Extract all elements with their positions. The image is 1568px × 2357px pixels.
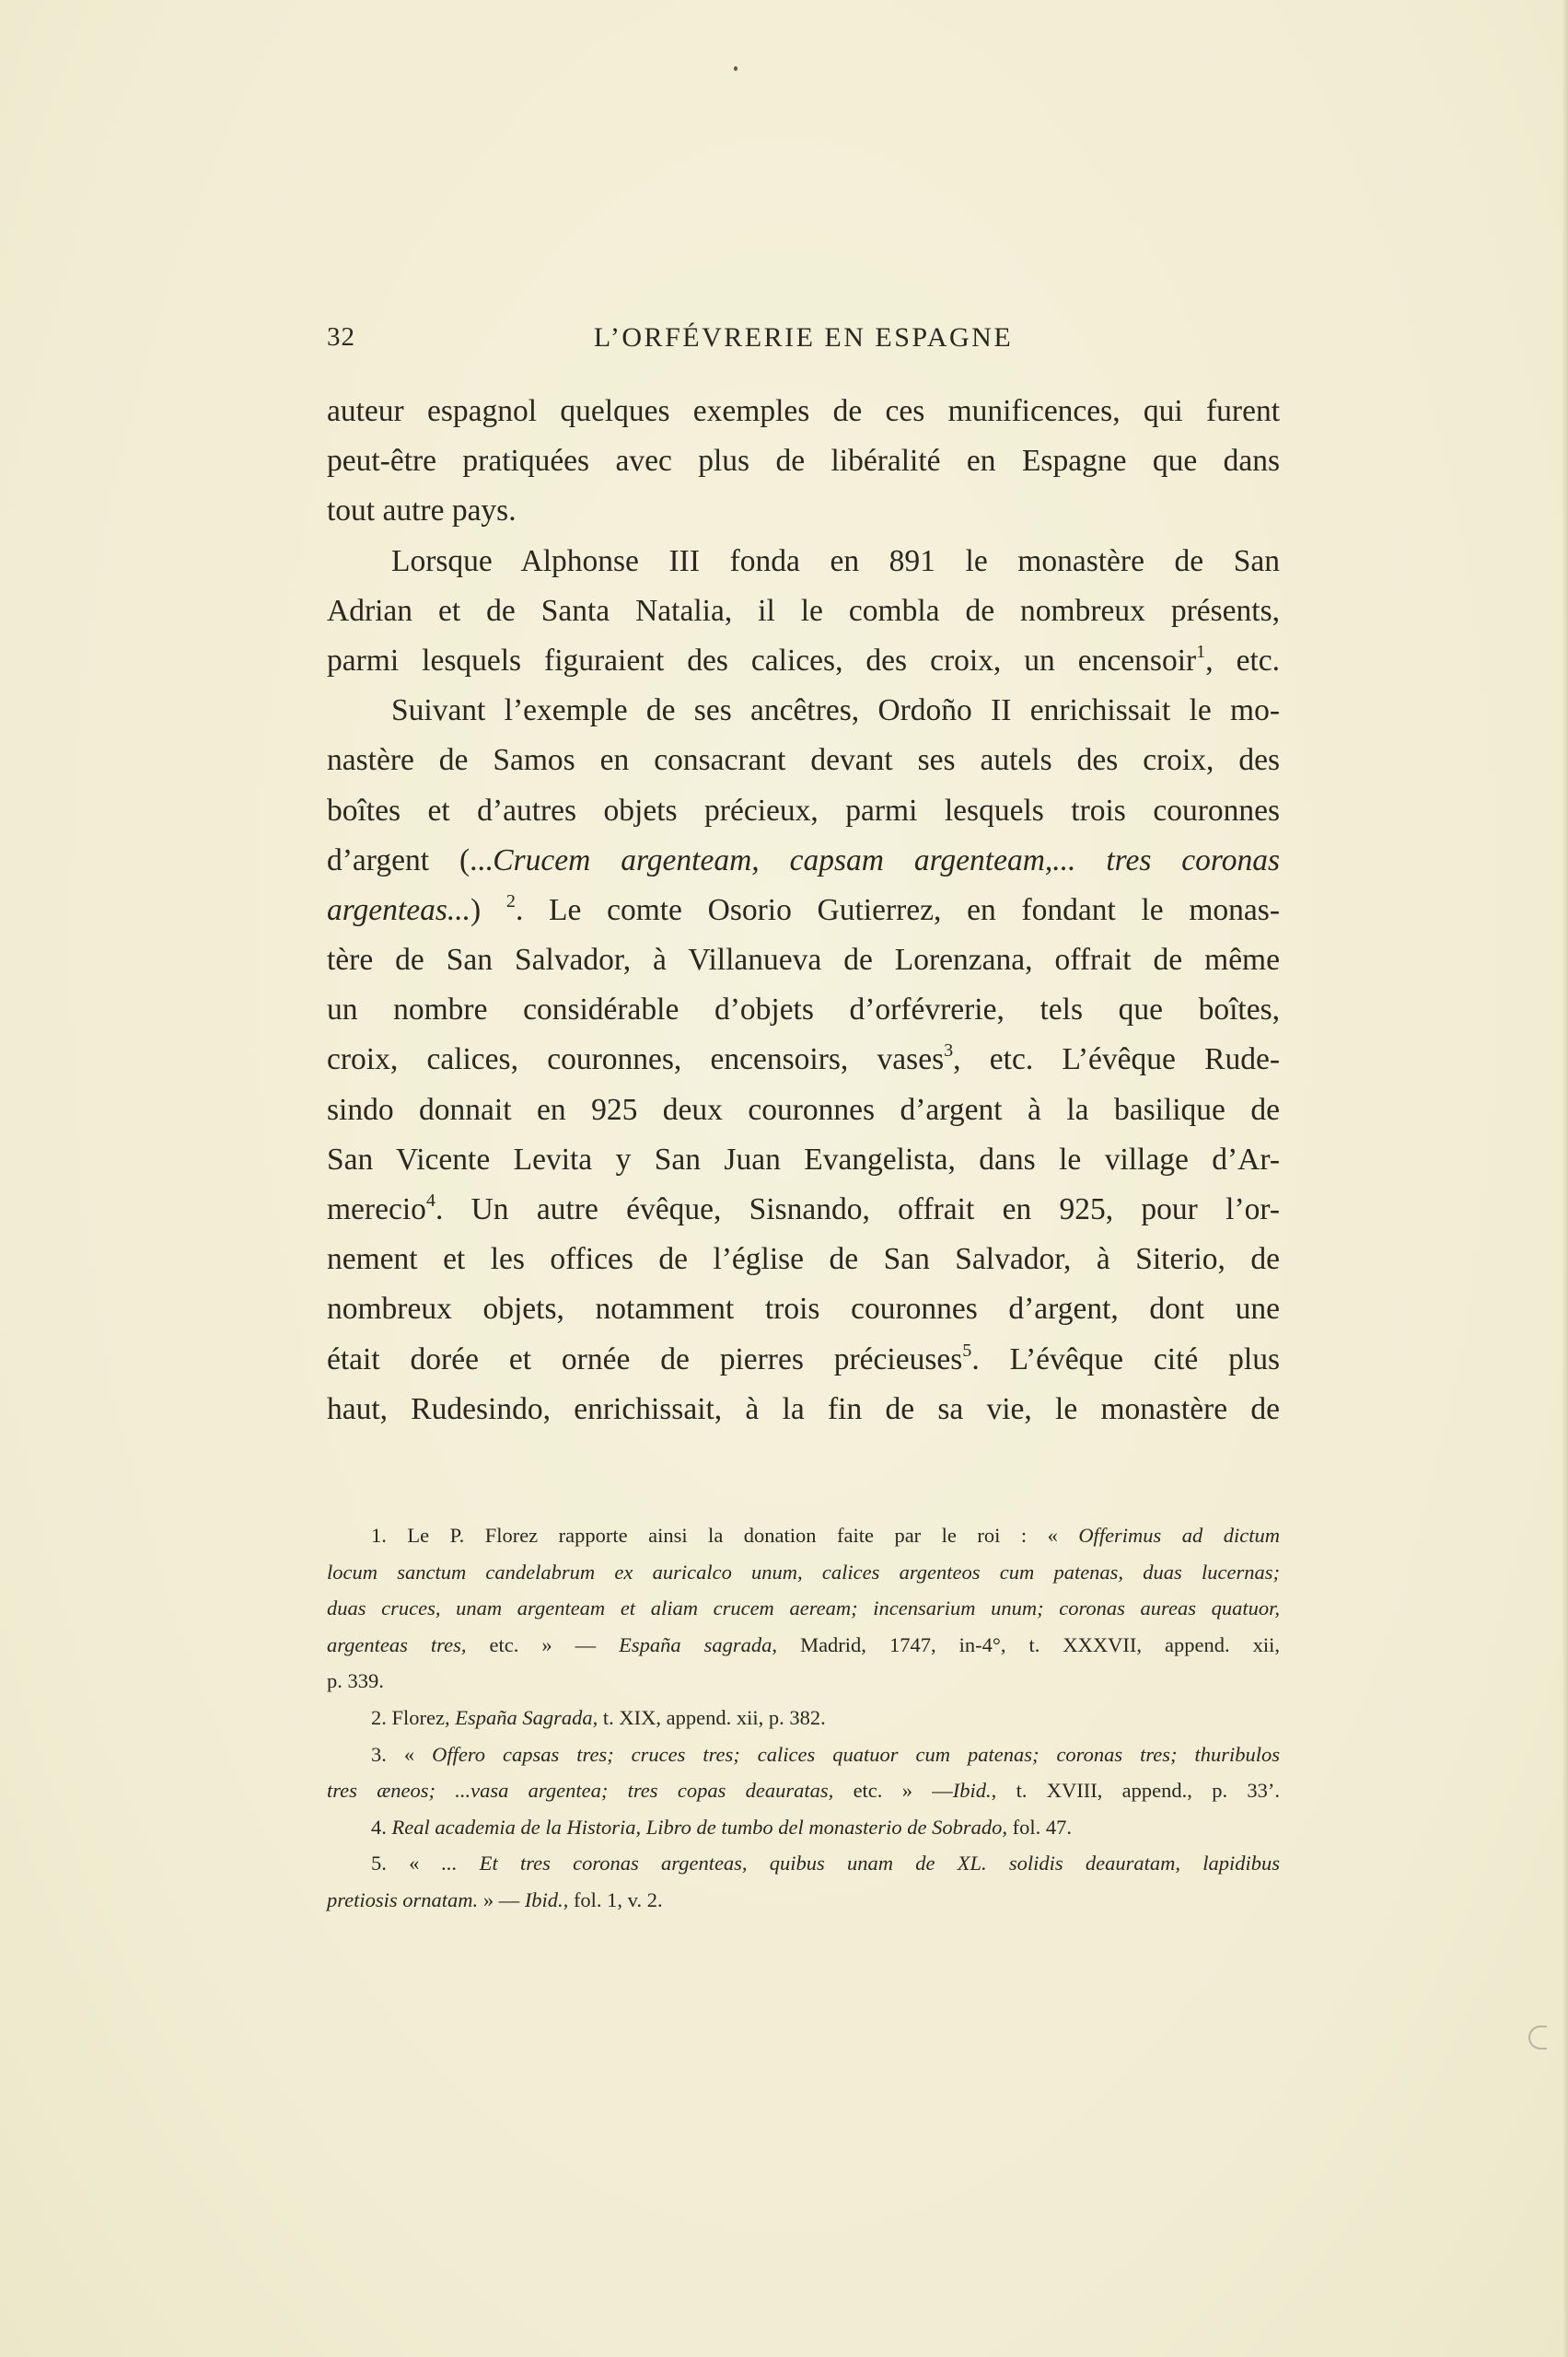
body-text: auteur espagnol quelques exemples de ces… — [327, 387, 1280, 1434]
text-line: sindo donnait en 925 deux couronnes d’ar… — [327, 1086, 1280, 1135]
text-line: nastère de Samos en consacrant devant se… — [327, 736, 1280, 785]
footnote-5-cont: pretiosis ornatam. » — Ibid., fol. 1, v.… — [327, 1882, 1280, 1919]
source-title: Ibid. — [525, 1888, 563, 1911]
footnote-3-cont: tres æneos; ...vasa argentea; tres copas… — [327, 1772, 1280, 1809]
text-line: un nombre considérable d’objets d’orfévr… — [327, 985, 1280, 1035]
footnote-text: etc. » — — [833, 1779, 953, 1802]
text-line: boîtes et d’autres objets précieux, parm… — [327, 786, 1280, 836]
source-title: Real academia de la Historia, Libro de t… — [392, 1816, 1008, 1839]
footnote-2: 2. Florez, España Sagrada, t. XIX, appen… — [327, 1700, 1280, 1736]
text-line: peut-être pratiquées avec plus de libéra… — [327, 436, 1280, 486]
footnote-text: « — [409, 1852, 442, 1875]
text-line: Adrian et de Santa Natalia, il le combla… — [327, 586, 1280, 636]
page-edge — [1562, 0, 1568, 2357]
footnote-number: 5. — [371, 1852, 387, 1875]
source-title: España Sagrada — [455, 1706, 592, 1729]
footnote-text: , Madrid, 1747, in-4°, t. XXXVII, append… — [772, 1633, 1280, 1656]
text-line: auteur espagnol quelques exemples de ces… — [327, 387, 1280, 436]
text-span: croix, calices, couronnes, encensoirs, v… — [327, 1042, 944, 1076]
footnote-text: , t. XIX, append. xii, p. 382. — [593, 1706, 826, 1729]
source-title: Ibid. — [953, 1779, 992, 1802]
footnote-text: Florez, — [392, 1706, 456, 1729]
text-line: nombreux objets, notamment trois couronn… — [327, 1284, 1280, 1334]
text-line: haut, Rudesindo, enrichissait, à la fin … — [327, 1385, 1280, 1434]
footnote-1: 1. Le P. Florez rapporte ainsi la donati… — [327, 1517, 1280, 1554]
footnote-4: 4. Real academia de la Historia, Libro d… — [327, 1809, 1280, 1846]
running-title: L’ORFÉVRERIE EN ESPAGNE — [327, 322, 1280, 354]
text-line: argenteas...) 2. Le comte Osorio Gutierr… — [327, 886, 1280, 935]
text-span: . L’évêque cité plus — [971, 1342, 1280, 1376]
text-line: nement et les offices de l’église de San… — [327, 1235, 1280, 1284]
page-header: 32 L’ORFÉVRERIE EN ESPAGNE — [327, 322, 1280, 359]
footnote-text: fol. 47. — [1007, 1816, 1072, 1839]
text-line: tère de San Salvador, à Villanueva de Lo… — [327, 935, 1280, 985]
footnote-5: 5. « ... Et tres coronas argenteas, quib… — [327, 1845, 1280, 1882]
text-line: croix, calices, couronnes, encensoirs, v… — [327, 1035, 1280, 1085]
pencil-mark — [1528, 2026, 1547, 2049]
footnote-text: , t. XVIII, append., p. 33’. — [992, 1779, 1280, 1802]
text-span: parmi lesquels figuraient des calices, d… — [327, 644, 1196, 678]
latin-quote: Offero capsas tres; cruces tres; calices… — [432, 1743, 1280, 1766]
footnote-ref-4[interactable]: 4 — [426, 1190, 436, 1211]
latin-quote: Crucem argenteam, capsam argenteam,... t… — [493, 843, 1280, 877]
latin-quote: Offerimus ad dictum — [1078, 1524, 1280, 1547]
book-page: 32 L’ORFÉVRERIE EN ESPAGNE auteur espagn… — [0, 0, 1568, 2357]
footnote-1-cont: locum sanctum candelabrum ex auricalco u… — [327, 1554, 1280, 1591]
footnote-number: 4. — [371, 1816, 387, 1839]
text-span: d’argent (... — [327, 843, 493, 877]
text-span: merecio — [327, 1192, 426, 1226]
footnote-text: « — [404, 1743, 432, 1766]
latin-quote: argenteas... — [327, 893, 470, 927]
text-line: San Vicente Levita y San Juan Evangelist… — [327, 1135, 1280, 1185]
footnote-ref-3[interactable]: 3 — [944, 1040, 953, 1061]
text-span: . Un autre évêque, Sisnando, offrait en … — [436, 1192, 1280, 1226]
text-line: merecio4. Un autre évêque, Sisnando, off… — [327, 1185, 1280, 1235]
text-span: était dorée et ornée de pierres précieus… — [327, 1342, 962, 1376]
latin-quote: locum sanctum candelabrum ex auricalco u… — [327, 1561, 1280, 1584]
paragraph-start: Lorsque Alphonse III fonda en 891 le mon… — [327, 537, 1280, 586]
text-line: était dorée et ornée de pierres précieus… — [327, 1335, 1280, 1385]
latin-quote: argenteas tres, — [327, 1633, 466, 1656]
latin-quote: tres æneos; ...vasa argentea; tres copas… — [327, 1779, 833, 1802]
text-line: d’argent (...Crucem argenteam, capsam ar… — [327, 836, 1280, 886]
text-line: tout autre pays. — [327, 486, 1280, 536]
text-span: ) — [470, 893, 506, 927]
footnote-text: , fol. 1, v. 2. — [563, 1888, 663, 1911]
latin-quote: pretiosis ornatam. — [327, 1888, 478, 1911]
text-span: , etc. — [1205, 644, 1280, 678]
text-span: . Le comte Osorio Gutierrez, en fondant … — [516, 893, 1280, 927]
latin-quote: ... Et tres coronas argenteas, quibus un… — [442, 1852, 1280, 1875]
footnote-1-cont: argenteas tres, etc. » — España sagrada,… — [327, 1627, 1280, 1664]
footnote-text: Le P. Florez rapporte ainsi la donation … — [407, 1524, 1078, 1547]
footnote-number: 3. — [371, 1743, 387, 1766]
footnote-ref-5[interactable]: 5 — [962, 1341, 971, 1361]
source-title: España sagrada — [619, 1633, 772, 1656]
ink-speck — [734, 66, 738, 71]
footnote-3: 3. « Offero capsas tres; cruces tres; ca… — [327, 1736, 1280, 1773]
footnote-ref-1[interactable]: 1 — [1196, 642, 1205, 662]
footnote-1-cont: duas cruces, unam argenteam et aliam cru… — [327, 1590, 1280, 1627]
latin-quote: duas cruces, unam argenteam et aliam cru… — [327, 1596, 1280, 1620]
text-span: , etc. L’évêque Rude- — [953, 1042, 1280, 1076]
footnote-text: etc. » — — [466, 1633, 619, 1656]
text-line: parmi lesquels figuraient des calices, d… — [327, 636, 1280, 686]
footnotes: 1. Le P. Florez rapporte ainsi la donati… — [327, 1517, 1280, 1919]
footnote-text: » — — [478, 1888, 525, 1911]
footnote-ref-2[interactable]: 2 — [506, 891, 516, 911]
footnote-number: 1. — [371, 1524, 387, 1547]
footnote-1-cont: p. 339. — [327, 1663, 1280, 1700]
footnote-number: 2. — [371, 1706, 387, 1729]
paragraph-start: Suivant l’exemple de ses ancêtres, Ordoñ… — [327, 686, 1280, 736]
